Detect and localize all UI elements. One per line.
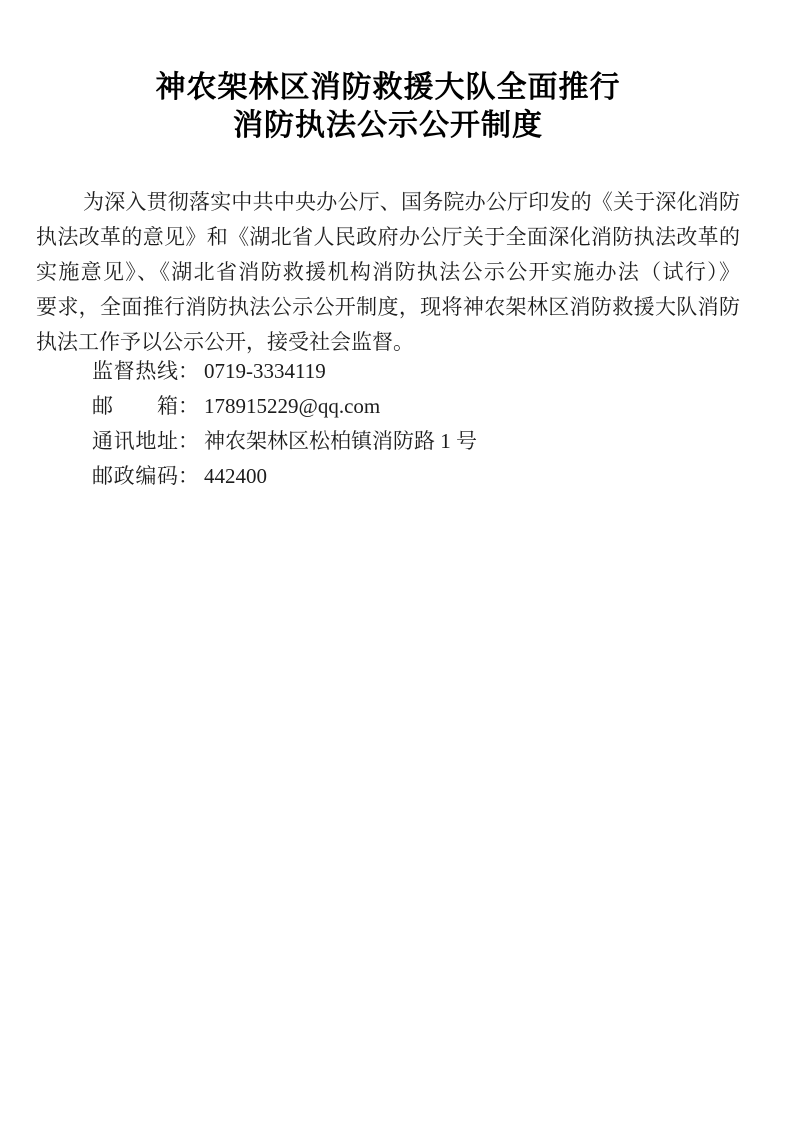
body-paragraph: 为深入贯彻落实中共中央办公厅、国务院办公厅印发的《关于深化消防 执法改革的意见》… [36, 185, 740, 360]
paragraph-line: 要求，全面推行消防执法公示公开制度，现将神农架林区消防救援大队消防 [36, 290, 740, 325]
contact-label: 监督热线 [92, 354, 178, 389]
contact-row-email: 邮箱：178915229@qq.com [36, 389, 740, 424]
contact-label: 通讯地址 [92, 424, 178, 459]
document-page: 神农架林区消防救援大队全面推行 消防执法公示公开制度 为深入贯彻落实中共中央办公… [0, 0, 793, 1122]
document-content: 神农架林区消防救援大队全面推行 消防执法公示公开制度 为深入贯彻落实中共中央办公… [0, 69, 793, 494]
contact-colon: ： [178, 389, 199, 424]
title-line-2: 消防执法公示公开制度 [36, 107, 740, 145]
contact-label: 邮政编码 [92, 459, 178, 494]
title-line-1: 神农架林区消防救援大队全面推行 [36, 69, 740, 107]
contact-row-address: 通讯地址：神农架林区松柏镇消防路 1 号 [36, 424, 740, 459]
contact-row-postcode: 邮政编码：442400 [36, 459, 740, 494]
contact-value-hotline: 0719-3334119 [204, 359, 326, 383]
contact-info-block: 监督热线：0719-3334119 邮箱：178915229@qq.com 通讯… [36, 354, 740, 494]
contact-label: 邮箱 [92, 389, 178, 424]
contact-value-postcode: 442400 [204, 464, 267, 488]
contact-value-email: 178915229@qq.com [204, 394, 380, 418]
contact-value-address: 神农架林区松柏镇消防路 1 号 [204, 429, 477, 453]
contact-colon: ： [178, 459, 199, 494]
paragraph-line: 执法改革的意见》和《湖北省人民政府办公厅关于全面深化消防执法改革的 [36, 220, 740, 255]
document-title: 神农架林区消防救援大队全面推行 消防执法公示公开制度 [36, 69, 740, 145]
contact-colon: ： [178, 424, 199, 459]
paragraph-line: 为深入贯彻落实中共中央办公厅、国务院办公厅印发的《关于深化消防 [36, 185, 740, 220]
contact-colon: ： [178, 354, 199, 389]
paragraph-line: 实施意见》、《湖北省消防救援机构消防执法公示公开实施办法（试行）》 [36, 255, 740, 290]
